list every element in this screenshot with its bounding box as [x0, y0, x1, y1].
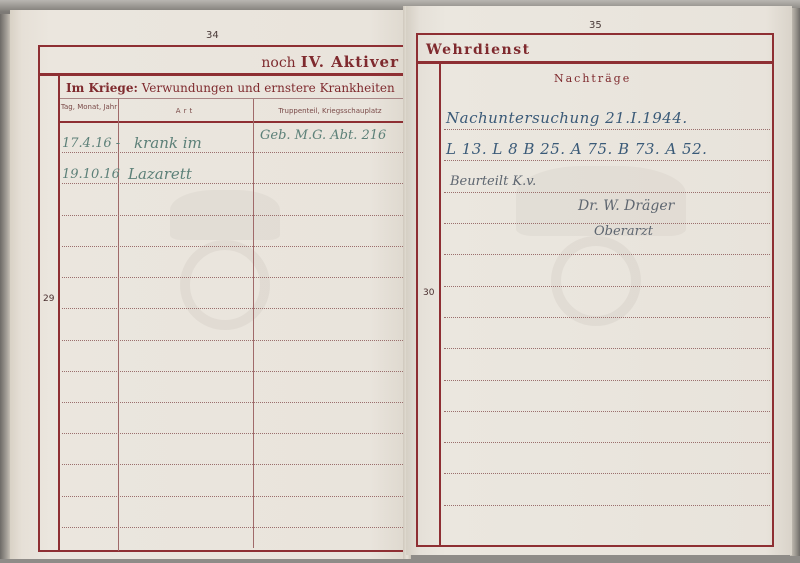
- row-line: [62, 340, 405, 341]
- signature-title: Oberarzt: [594, 224, 653, 239]
- entry-art-1: krank im: [134, 134, 202, 152]
- header-divider: [416, 61, 774, 64]
- entry-date-2: 19.10.16: [62, 167, 120, 182]
- page-number-right: 35: [589, 20, 602, 31]
- row-number-29: 29: [43, 294, 54, 304]
- left-page: 34 nochIV. Aktiver Im Kriege: Verwundung…: [10, 10, 410, 559]
- page-number-left: 34: [206, 30, 219, 41]
- section-title-nachtraege: Nachträge: [554, 72, 631, 85]
- row-line: [62, 496, 405, 497]
- row-line: [444, 411, 770, 412]
- column-header-divider: [60, 121, 409, 123]
- right-page-header: Wehrdienst: [426, 35, 531, 63]
- row-line: [444, 380, 770, 381]
- row-line: [62, 277, 405, 278]
- row-line: [62, 464, 405, 465]
- row-line: [62, 371, 405, 372]
- title-divider: [60, 98, 407, 99]
- row-line: [444, 160, 770, 161]
- header-title: IV. Aktiver: [301, 53, 399, 71]
- entry-beurteilt: Beurteilt K.v.: [450, 174, 536, 189]
- row-line: [62, 183, 405, 184]
- section-title: Im Kriege: Verwundungen und ernstere Kra…: [66, 81, 395, 95]
- entry-scores: L 13. L 8 B 25. A 75. B 73. A 52.: [446, 140, 707, 158]
- row-line: [444, 317, 770, 318]
- column-header-date: Tag, Monat, Jahr: [60, 103, 118, 111]
- row-line: [444, 505, 770, 506]
- margin-column-line: [58, 74, 60, 552]
- row-line: [444, 129, 770, 130]
- row-line: [444, 348, 770, 349]
- header-divider: [38, 73, 409, 76]
- right-page: 35 Wehrdienst Nachträge 30 Nachuntersuch…: [406, 6, 792, 555]
- signature-name: Dr. W. Dräger: [578, 198, 674, 214]
- row-line: [444, 473, 770, 474]
- row-line: [444, 286, 770, 287]
- row-line: [444, 254, 770, 255]
- row-line: [62, 402, 405, 403]
- column-divider-2: [253, 99, 254, 548]
- entry-art-2: Lazarett: [128, 165, 192, 183]
- section-title-rest: Verwundungen und ernstere Krankheiten: [142, 81, 395, 95]
- column-header-truppenteil: Truppenteil, Kriegsschauplatz: [253, 107, 407, 115]
- section-title-bold: Im Kriege:: [66, 81, 138, 95]
- column-header-art: Art: [118, 107, 253, 115]
- row-number-30: 30: [423, 288, 434, 298]
- row-line: [444, 192, 770, 193]
- entry-truppenteil-1: Geb. M.G. Abt. 216: [260, 128, 386, 143]
- header-prefix: noch: [261, 55, 295, 71]
- entry-date-1: 17.4.16 -: [62, 136, 120, 151]
- row-line: [62, 152, 405, 153]
- row-line: [62, 215, 405, 216]
- row-line: [62, 246, 405, 247]
- row-line: [444, 442, 770, 443]
- row-line: [62, 433, 405, 434]
- row-line: [62, 308, 405, 309]
- entry-nachuntersuchung: Nachuntersuchung 21.I.1944.: [446, 109, 688, 127]
- row-line: [62, 527, 405, 528]
- margin-column-line: [439, 63, 441, 547]
- left-page-header: nochIV. Aktiver: [261, 47, 407, 75]
